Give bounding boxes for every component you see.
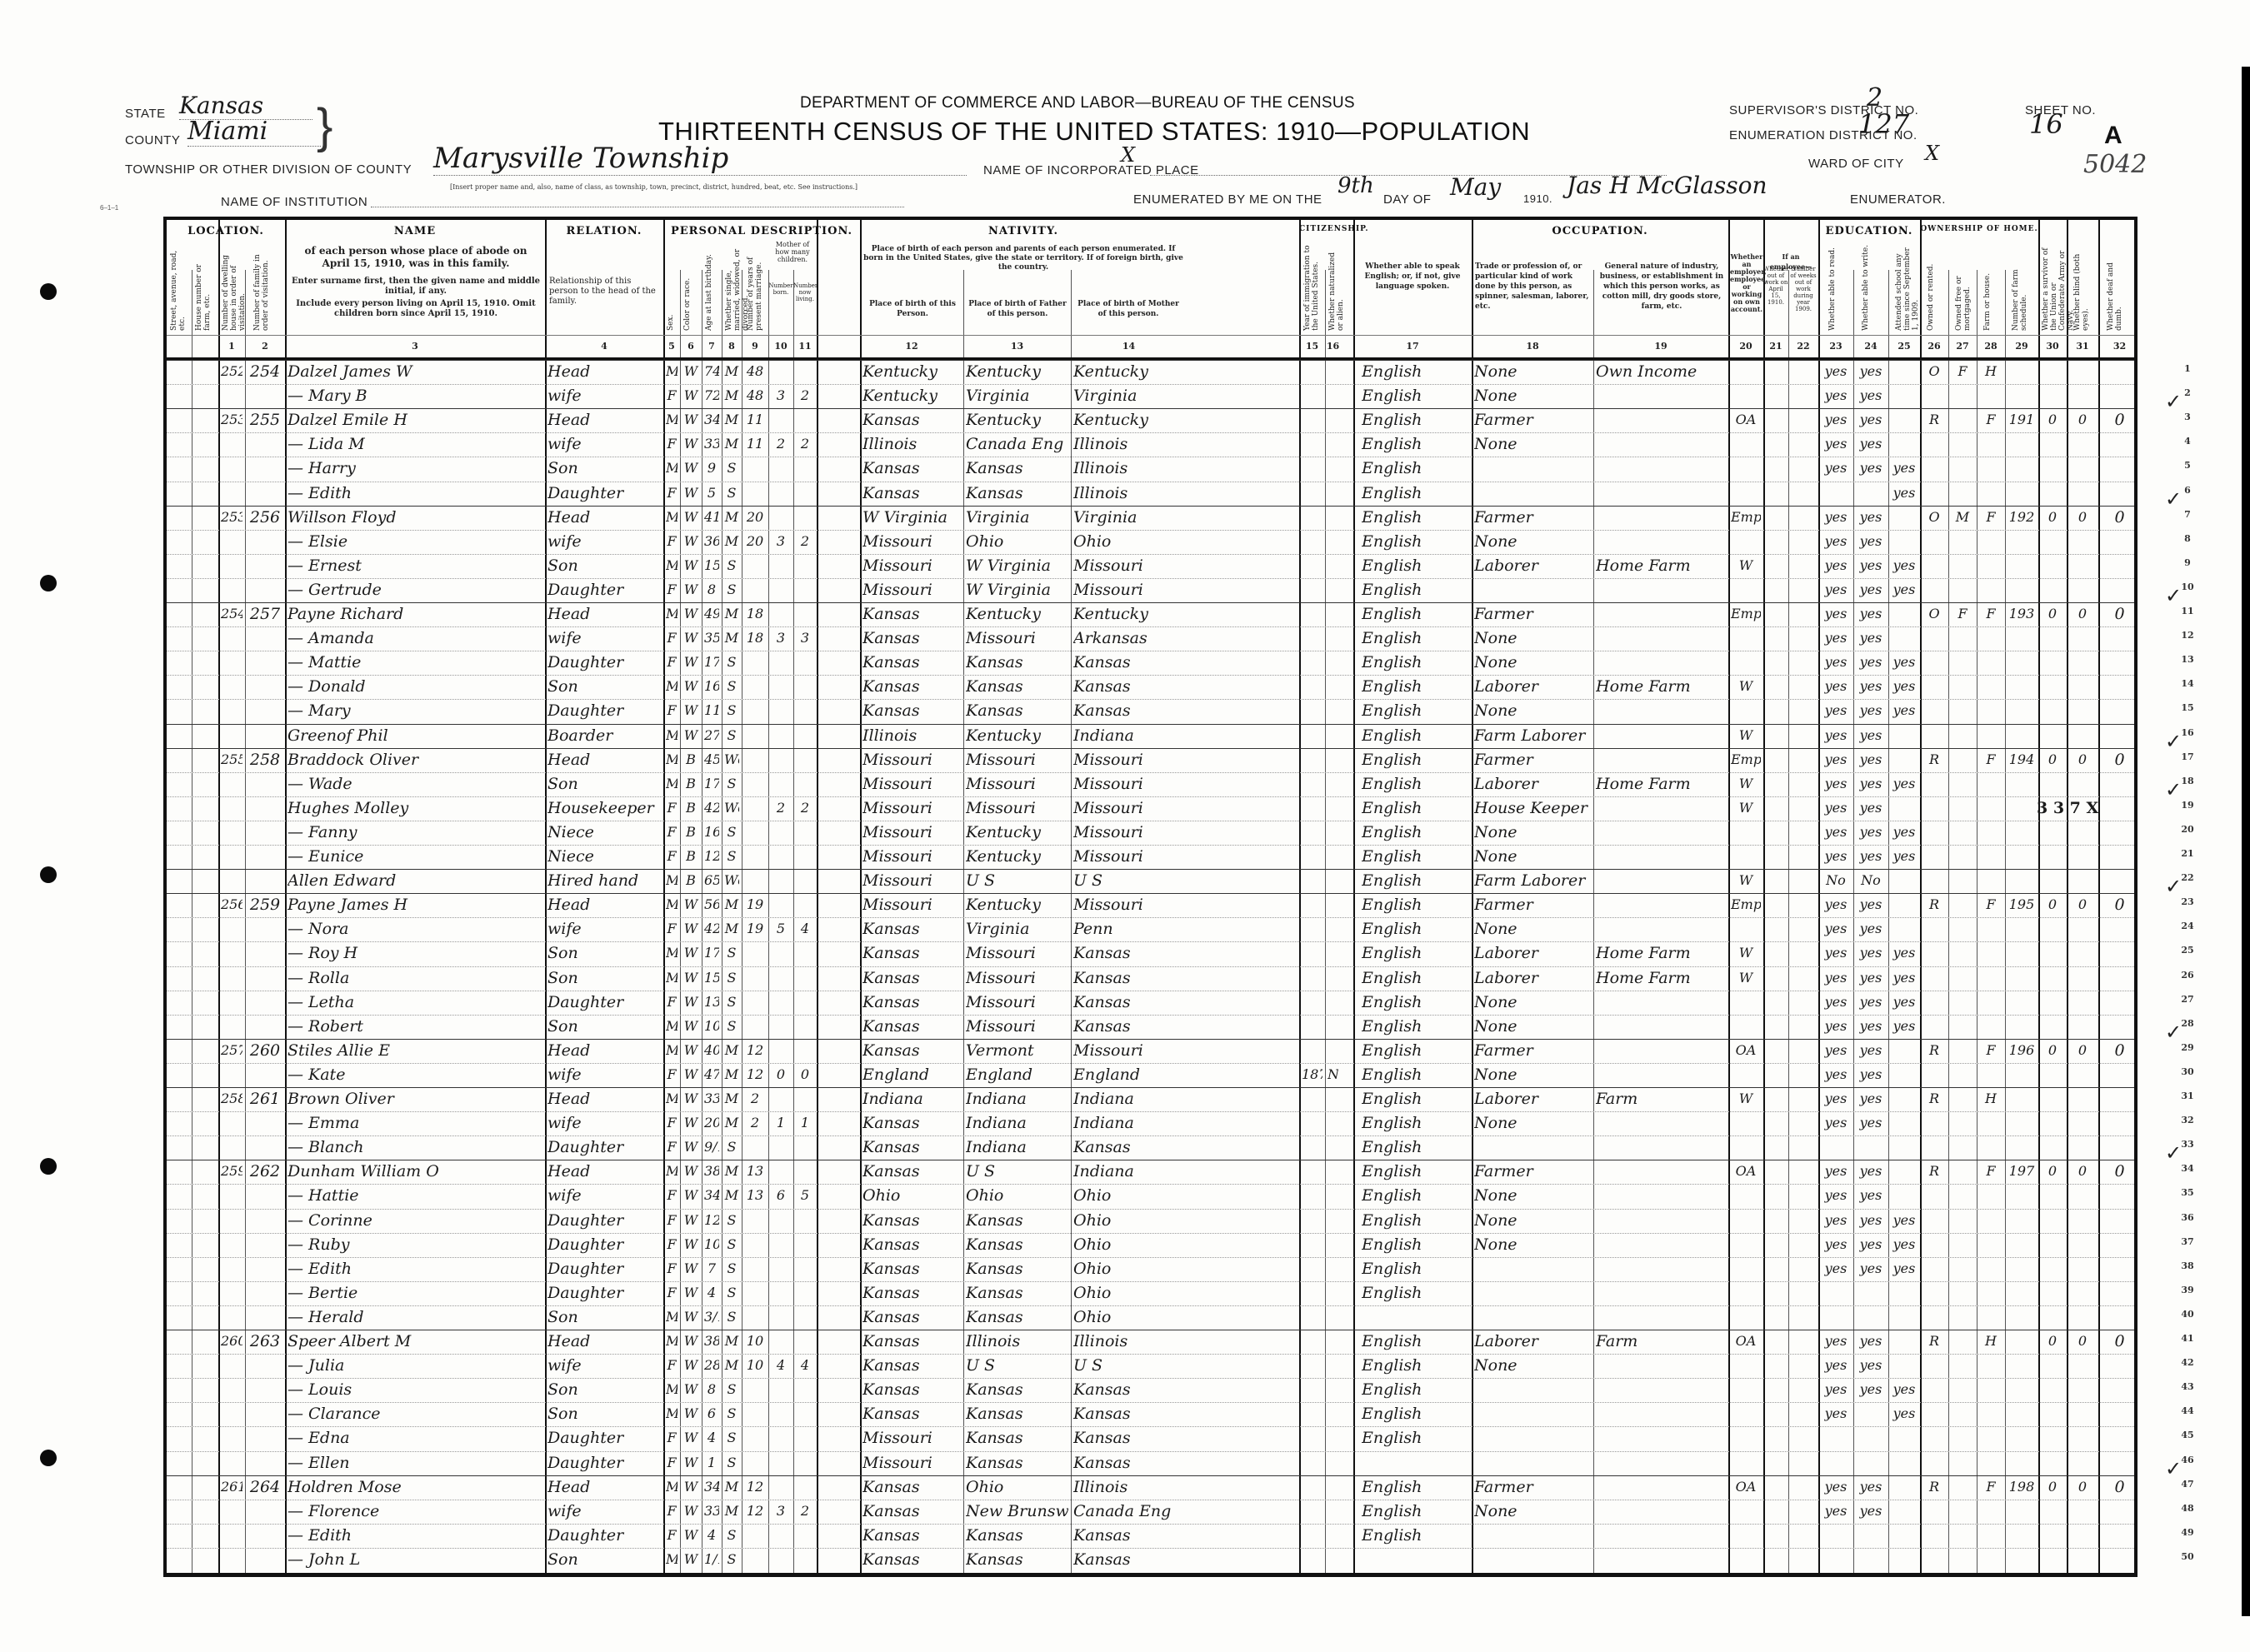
cell-relation: Daughter	[547, 578, 661, 601]
cell-write: yes	[1856, 724, 1886, 747]
table-row[interactable]: — RollaSonMW15SKansasMissouriKansasEngli…	[167, 966, 2134, 991]
cell-read: yes	[1821, 554, 1851, 577]
cell-mother: Indiana	[1073, 724, 1184, 747]
cell-english: English	[1362, 966, 1467, 990]
cell-marital: M	[724, 1330, 739, 1353]
cell-c32: 0	[2101, 408, 2138, 432]
cell-english: English	[1362, 991, 1467, 1014]
mother-of-desc: Mother of how many children.	[768, 241, 817, 263]
cell-farm: F	[1979, 602, 2002, 626]
cell-marital: S	[724, 821, 739, 844]
table-row[interactable]: — RobertSonMW10SKansasMissouriKansasEngl…	[167, 1015, 2134, 1039]
cell-years: 19	[744, 893, 766, 916]
cell-relation: wife	[547, 1500, 661, 1523]
cell-father: Kentucky	[966, 845, 1068, 868]
cell-race: W	[682, 1281, 699, 1305]
table-row[interactable]: — KatewifeFW47M1200EnglandEnglandEngland…	[167, 1063, 2134, 1087]
department-title: DEPARTMENT OF COMMERCE AND LABOR—BUREAU …	[800, 94, 1355, 112]
cell-marital: M	[724, 1063, 739, 1086]
cell-name: — Robert	[287, 1015, 542, 1038]
cell-marital: M	[724, 1475, 739, 1499]
cell-father: U S	[966, 1160, 1068, 1183]
table-row[interactable]: Hughes MolleyHousekeeperFB42Wd22Missouri…	[167, 796, 2134, 821]
cell-age: 4	[704, 1524, 719, 1547]
cell-mother: Virginia	[1073, 506, 1184, 529]
table-row[interactable]: 253256Willson FloydHeadMW41M20W Virginia…	[167, 506, 2134, 530]
cell-english: English	[1362, 626, 1467, 650]
cell-father: Indiana	[966, 1087, 1068, 1110]
table-row[interactable]: — JuliawifeFW28M1044KansasU SU SEnglishN…	[167, 1354, 2134, 1378]
cell-age: 35	[704, 626, 719, 650]
cell-dwelling: 253	[221, 408, 242, 432]
column-number: 31	[2067, 341, 2098, 352]
cell-race: W	[682, 1548, 699, 1571]
cell-birth: Missouri	[862, 1426, 961, 1450]
day-of-label: DAY OF	[1383, 192, 1431, 207]
cell-mother: Missouri	[1073, 845, 1184, 868]
line-number: 26	[2175, 970, 2200, 981]
cell-c31: 0	[2069, 1475, 2096, 1499]
table-row[interactable]: — NorawifeFW42M1954KansasVirginiaPennEng…	[167, 917, 2134, 941]
table-row[interactable]: — GertrudeDaughterFW8SMissouriW Virginia…	[167, 578, 2134, 602]
cell-birth: Kansas	[862, 408, 961, 432]
cell-age: 45	[704, 748, 719, 771]
cell-write: yes	[1856, 457, 1886, 480]
column-number: 16	[1325, 341, 1341, 352]
cell-write: yes	[1856, 893, 1886, 916]
table-row[interactable]: — John LSonMW1/12SKansasKansasKansas	[167, 1548, 2134, 1572]
cell-write: yes	[1856, 675, 1886, 698]
cell-english: English	[1362, 1257, 1467, 1280]
cell-trade: Laborer	[1474, 675, 1591, 698]
cell-read: yes	[1821, 1378, 1851, 1401]
cell-years: 10	[744, 1354, 766, 1377]
cell-family: 261	[247, 1087, 282, 1110]
cell-age: 28	[704, 1354, 719, 1377]
column-number: 3	[285, 341, 545, 352]
cell-name: Payne James H	[287, 893, 542, 916]
cell-sex: M	[666, 675, 677, 698]
cell-sex: F	[666, 821, 677, 844]
cell-write: yes	[1856, 1475, 1886, 1499]
cell-marital: S	[724, 1378, 739, 1401]
cell-name: Willson Floyd	[287, 506, 542, 529]
cell-trade: Farmer	[1474, 1475, 1591, 1499]
cell-relation: Son	[547, 675, 661, 698]
cell-write: yes	[1856, 1063, 1886, 1086]
cell-c32: 0	[2101, 506, 2138, 529]
column-number: 2	[245, 341, 285, 352]
cell-marital: M	[724, 1039, 739, 1062]
cell-race: W	[682, 1087, 699, 1110]
cell-birth: Kansas	[862, 1524, 961, 1547]
cell-age: 8	[704, 1378, 719, 1401]
cell-sex: M	[666, 1305, 677, 1329]
table-row[interactable]: — EuniceNieceFB12SMissouriKentuckyMissou…	[167, 845, 2134, 869]
cell-years: 18	[744, 626, 766, 650]
cell-living: 2	[796, 796, 814, 820]
cell-years: 2	[744, 1087, 766, 1110]
cell-living: 4	[796, 1354, 814, 1377]
cell-marital: M	[724, 1111, 739, 1135]
cell-name: — Gertrude	[287, 578, 542, 601]
cell-father: Kansas	[966, 651, 1068, 674]
cell-own: O	[1922, 602, 1946, 626]
table-row[interactable]: — EllenDaughterFW1SMissouriKansasKansas	[167, 1451, 2134, 1475]
cell-school: yes	[1891, 966, 1917, 990]
cell-farm: F	[1979, 893, 2002, 916]
table-row[interactable]: — EdnaDaughterFW4SMissouriKansasKansasEn…	[167, 1426, 2134, 1450]
cell-english: English	[1362, 1402, 1467, 1425]
cell-father: Kentucky	[966, 821, 1068, 844]
table-row[interactable]: Allen EdwardHired handMB65WdMissouriU SU…	[167, 869, 2134, 893]
col3-instruction: Enter surname first, then the given name…	[291, 277, 541, 297]
cell-industry: Home Farm	[1596, 675, 1726, 698]
cell-write: yes	[1856, 821, 1886, 844]
cell-sex: F	[666, 1063, 677, 1086]
cell-c32: 0	[2101, 602, 2138, 626]
cell-write: yes	[1856, 602, 1886, 626]
cell-birth: Kansas	[862, 1500, 961, 1523]
cell-read: yes	[1821, 408, 1851, 432]
table-row[interactable]: — BertieDaughterFW4SKansasKansasOhioEngl…	[167, 1281, 2134, 1305]
table-row[interactable]: 253255Dalzel Emile HHeadMW34M11KansasKen…	[167, 408, 2134, 432]
table-row[interactable]: — EdithDaughterFW5SKansasKansasIllinoisE…	[167, 482, 2134, 506]
cell-marital: S	[724, 651, 739, 674]
cell-english: English	[1362, 384, 1467, 407]
cell-marital: Wd	[724, 796, 739, 820]
cell-age: 47	[704, 1063, 719, 1086]
cell-trade: None	[1474, 1063, 1591, 1086]
cell-relation: Hired hand	[547, 869, 661, 892]
checkmark-icon: ✓	[2165, 487, 2182, 512]
cell-age: 5	[704, 482, 719, 505]
cell-father: Kansas	[966, 675, 1068, 698]
cell-years: 48	[744, 384, 766, 407]
cell-english: English	[1362, 360, 1467, 383]
cell-marital: S	[724, 1135, 739, 1159]
cell-race: W	[682, 506, 699, 529]
cell-name: — Letha	[287, 991, 542, 1014]
enumerator-name: Jas H McGlasson	[1567, 172, 1767, 199]
table-row[interactable]: — LethaDaughterFW13SKansasMissouriKansas…	[167, 991, 2134, 1015]
table-row[interactable]: — FlorencewifeFW33M1232KansasNew Brunswi…	[167, 1500, 2134, 1524]
cell-relation: Head	[547, 408, 661, 432]
table-row[interactable]: — AmandawifeFW35M1833KansasMissouriArkan…	[167, 626, 2134, 651]
cell-read: yes	[1821, 821, 1851, 844]
cell-read: yes	[1821, 845, 1851, 868]
cell-birth: Kansas	[862, 1039, 961, 1062]
table-row[interactable]: — Roy HSonMW17SKansasMissouriKansasEngli…	[167, 941, 2134, 966]
line-number: 41	[2175, 1333, 2200, 1344]
column-number: 20	[1728, 341, 1763, 352]
table-row[interactable]: — ErnestSonMW15SMissouriW VirginiaMissou…	[167, 554, 2134, 578]
cell-read: yes	[1821, 748, 1851, 771]
cell-mother: U S	[1073, 869, 1184, 892]
cell-living: 2	[796, 1500, 814, 1523]
cell-english: English	[1362, 941, 1467, 965]
cell-birth: Kansas	[862, 626, 961, 650]
cell-read: yes	[1821, 1402, 1851, 1425]
cell-english: English	[1362, 1475, 1467, 1499]
cell-dwelling: 254	[221, 602, 242, 626]
cell-trade: None	[1474, 384, 1591, 407]
cell-c30: 0	[2041, 1330, 2064, 1353]
table-row[interactable]: — BlanchDaughterFW9/12SKansasIndianaKans…	[167, 1135, 2134, 1160]
cell-school: yes	[1891, 675, 1917, 698]
cell-schedule: 193	[2007, 602, 2036, 626]
table-row[interactable]: — MattieDaughterFW17SKansasKansasKansasE…	[167, 651, 2134, 675]
cell-birth: Illinois	[862, 724, 961, 747]
cell-birth: Missouri	[862, 530, 961, 553]
table-row[interactable]: — ElsiewifeFW36M2032MissouriOhioOhioEngl…	[167, 530, 2134, 554]
cell-birth: Kansas	[862, 917, 961, 941]
cell-marital: M	[724, 893, 739, 916]
cell-living: 3	[796, 626, 814, 650]
cell-industry: Home Farm	[1596, 941, 1726, 965]
table-row[interactable]: — LouisSonMW8SKansasKansasKansasEnglishy…	[167, 1378, 2134, 1402]
cell-sex: M	[666, 724, 677, 747]
group-relation: RELATION.	[545, 225, 663, 237]
cell-read: yes	[1821, 1475, 1851, 1499]
cell-read: yes	[1821, 941, 1851, 965]
cell-race: W	[682, 893, 699, 916]
cell-sex: M	[666, 1475, 677, 1499]
cell-relation: Head	[547, 1039, 661, 1062]
checkmark-icon: ✓	[2165, 875, 2182, 899]
cell-write: yes	[1856, 699, 1886, 722]
table-row[interactable]: — FannyNieceFB16SMissouriKentuckyMissour…	[167, 821, 2134, 845]
cell-trade: Farmer	[1474, 893, 1591, 916]
cell-trade: Laborer	[1474, 772, 1591, 796]
cell-industry: Home Farm	[1596, 554, 1726, 577]
cell-mother: Missouri	[1073, 893, 1184, 916]
cell-own: R	[1922, 1475, 1946, 1499]
cell-mother: Kansas	[1073, 1451, 1184, 1475]
cell-sex: M	[666, 1548, 677, 1571]
table-row[interactable]: 259262Dunham William OHeadMW38M13KansasU…	[167, 1160, 2134, 1184]
cell-emp: W	[1731, 554, 1761, 577]
cell-read: yes	[1821, 578, 1851, 601]
vertical-header-c1: Number of dwelling house in order of vis…	[222, 243, 247, 331]
table-row[interactable]: 252254Dalzel James WHeadMW74M48KentuckyK…	[167, 360, 2134, 384]
table-row[interactable]: 260263Speer Albert MHeadMW38M10KansasIll…	[167, 1330, 2134, 1354]
cell-name: — Hattie	[287, 1184, 542, 1207]
table-row[interactable]: — Mary BwifeFW72M4832KentuckyVirginiaVir…	[167, 384, 2134, 408]
cell-trade: Laborer	[1474, 1087, 1591, 1110]
cell-birth: England	[862, 1063, 961, 1086]
cell-name: — Edith	[287, 482, 542, 505]
cell-english: English	[1362, 869, 1467, 892]
cell-marital: M	[724, 1354, 739, 1377]
cell-sex: F	[666, 796, 677, 820]
cell-relation: Head	[547, 1475, 661, 1499]
cell-age: 3/12	[704, 1305, 719, 1329]
column-number: 19	[1593, 341, 1728, 352]
cell-marital: M	[724, 360, 739, 383]
line-number: 50	[2175, 1551, 2200, 1562]
table-row[interactable]: — DonaldSonMW16SKansasKansasKansasEnglis…	[167, 675, 2134, 699]
cell-mother: Kansas	[1073, 991, 1184, 1014]
vertical-header-c1b: House number or farm, etc.	[195, 243, 212, 331]
table-row[interactable]: 256259Payne James HHeadMW56M19MissouriKe…	[167, 893, 2134, 917]
cell-read: yes	[1821, 457, 1851, 480]
cell-relation: Son	[547, 1305, 661, 1329]
table-row[interactable]: — RubyDaughterFW10SKansasKansasOhioEngli…	[167, 1233, 2134, 1257]
column-number: 14	[1071, 341, 1187, 352]
cell-name: — John L	[287, 1548, 542, 1571]
punch-hole	[40, 866, 57, 883]
checkmark-icon: ✓	[2165, 730, 2182, 754]
table-row[interactable]: — ClaranceSonMW6SKansasKansasKansasEngli…	[167, 1402, 2134, 1426]
cell-name: — Julia	[287, 1354, 542, 1377]
table-row[interactable]: — EdithDaughterFW4SKansasKansasKansasEng…	[167, 1524, 2134, 1548]
cell-school: yes	[1891, 578, 1917, 601]
township-label: TOWNSHIP OR OTHER DIVISION OF COUNTY	[125, 162, 412, 177]
cell-english: English	[1362, 578, 1467, 601]
cell-sex: M	[666, 1039, 677, 1062]
cell-own: R	[1922, 1330, 1946, 1353]
cell-school: yes	[1891, 1209, 1917, 1232]
cell-relation: Head	[547, 1160, 661, 1183]
cell-read: yes	[1821, 893, 1851, 916]
cell-relation: Head	[547, 748, 661, 771]
cell-relation: wife	[547, 384, 661, 407]
cell-schedule: 198	[2007, 1475, 2036, 1499]
table-row[interactable]: Greenof PhilBoarderMW27SIllinoisKentucky…	[167, 724, 2134, 748]
cell-age: 12	[704, 845, 719, 868]
cell-father: New Brunswick	[966, 1500, 1068, 1523]
cell-write: yes	[1856, 384, 1886, 407]
cell-mother: U S	[1073, 1354, 1184, 1377]
cell-name: — Fanny	[287, 821, 542, 844]
cell-relation: Head	[547, 360, 661, 383]
cell-dwelling: 256	[221, 893, 242, 916]
cell-farm: H	[1979, 1087, 2002, 1110]
cell-relation: Daughter	[547, 1135, 661, 1159]
cell-years: 19	[744, 917, 766, 941]
column-number: 29	[2005, 341, 2038, 352]
cell-mother: Kansas	[1073, 1015, 1184, 1038]
cell-trade: Laborer	[1474, 554, 1591, 577]
cell-mother: Ohio	[1073, 1257, 1184, 1280]
table-row[interactable]: — HeraldSonMW3/12SKansasKansasOhio	[167, 1305, 2134, 1330]
cell-age: 16	[704, 675, 719, 698]
cell-born: 3	[771, 384, 791, 407]
table-row[interactable]: — MaryDaughterFW11SKansasKansasKansasEng…	[167, 699, 2134, 723]
cell-name: Hughes Molley	[287, 796, 542, 820]
cell-mother: Illinois	[1073, 457, 1184, 480]
cell-birth: Kansas	[862, 1354, 961, 1377]
cell-marital: S	[724, 1548, 739, 1571]
cell-age: 10	[704, 1015, 719, 1038]
cell-father: Ohio	[966, 530, 1068, 553]
cell-living: 0	[796, 1063, 814, 1086]
table-row[interactable]: — HarrySonMW9SKansasKansasIllinoisEnglis…	[167, 457, 2134, 481]
cell-mother: Ohio	[1073, 530, 1184, 553]
cell-trade: Farmer	[1474, 748, 1591, 771]
cell-marital: S	[724, 1209, 739, 1232]
cell-free: F	[1951, 602, 1974, 626]
cell-race: W	[682, 1015, 699, 1038]
cell-sex: M	[666, 506, 677, 529]
cell-age: 7	[704, 1257, 719, 1280]
cell-emp: W	[1731, 675, 1761, 698]
table-row[interactable]: 257260Stiles Allie EHeadMW40M12KansasVer…	[167, 1039, 2134, 1063]
cell-age: 1/12	[704, 1548, 719, 1571]
cell-name: Stiles Allie E	[287, 1039, 542, 1062]
table-row[interactable]: — EdithDaughterFW7SKansasKansasOhioEngli…	[167, 1257, 2134, 1281]
cell-english: English	[1362, 893, 1467, 916]
group-name: NAME	[285, 225, 545, 237]
cell-c32: 0	[2101, 893, 2138, 916]
cell-english: English	[1362, 675, 1467, 698]
group-nativity: NATIVITY.	[860, 225, 1187, 237]
group-occupation: OCCUPATION.	[1472, 225, 1728, 237]
cell-father: U S	[966, 1354, 1068, 1377]
cell-age: 17	[704, 651, 719, 674]
cell-marital: S	[724, 1257, 739, 1280]
cell-race: W	[682, 1305, 699, 1329]
table-row[interactable]: — EmmawifeFW20M211KansasIndianaIndianaEn…	[167, 1111, 2134, 1135]
cell-race: W	[682, 1524, 699, 1547]
cell-name: — Elsie	[287, 530, 542, 553]
cell-name: — Lida M	[287, 432, 542, 456]
checkmark-icon: ✓	[2165, 584, 2182, 608]
table-row[interactable]: — HattiewifeFW34M1365OhioOhioOhioEnglish…	[167, 1184, 2134, 1208]
cell-name: — Kate	[287, 1063, 542, 1086]
cell-trade: None	[1474, 530, 1591, 553]
cell-sex: F	[666, 578, 677, 601]
cell-industry: Own Income	[1596, 360, 1726, 383]
table-row[interactable]: 258261Brown OliverHeadMW33M2IndianaIndia…	[167, 1087, 2134, 1111]
enumeration-value: 127	[1858, 108, 1909, 140]
table-row[interactable]: — Lida MwifeFW33M1122IllinoisCanada EngI…	[167, 432, 2134, 457]
cell-mother: Missouri	[1073, 748, 1184, 771]
table-row[interactable]: — CorinneDaughterFW12SKansasKansasOhioEn…	[167, 1209, 2134, 1233]
table-row[interactable]: — WadeSonMB17SMissouriMissouriMissouriEn…	[167, 772, 2134, 796]
cell-english: English	[1362, 1087, 1467, 1110]
cell-born: 4	[771, 1354, 791, 1377]
table-row[interactable]: 261264Holdren MoseHeadMW34M12KansasOhioI…	[167, 1475, 2134, 1500]
line-number: 5	[2175, 460, 2200, 471]
column-number: 1	[218, 341, 245, 352]
cell-marital: S	[724, 1451, 739, 1475]
cell-mother: Illinois	[1073, 1475, 1184, 1499]
cell-own: O	[1922, 360, 1946, 383]
cell-marital: Wd	[724, 869, 739, 892]
cell-c32: 0	[2101, 1475, 2138, 1499]
cell-english: English	[1362, 506, 1467, 529]
cell-birth: Kansas	[862, 675, 961, 698]
table-row[interactable]: 255258Braddock OliverHeadMB45WdMissouriM…	[167, 748, 2134, 772]
cell-read: yes	[1821, 991, 1851, 1014]
cell-schedule: 191	[2007, 408, 2036, 432]
cell-c31: 0	[2069, 506, 2096, 529]
institution-line	[371, 207, 904, 207]
cell-age: 36	[704, 530, 719, 553]
cell-trade: House Keeper	[1474, 796, 1591, 820]
column-number: 25	[1888, 341, 1920, 352]
col19-desc: General nature of industry, business, or…	[1597, 262, 1727, 312]
table-row[interactable]: 254257Payne RichardHeadMW49M18KansasKent…	[167, 602, 2134, 626]
cell-write: yes	[1856, 991, 1886, 1014]
cell-write: yes	[1856, 941, 1886, 965]
cell-school: yes	[1891, 991, 1917, 1014]
col14-desc: Place of birth of Mother of this person.	[1074, 299, 1182, 319]
county-label: COUNTY	[125, 133, 180, 147]
column-number: 28	[1977, 341, 2005, 352]
